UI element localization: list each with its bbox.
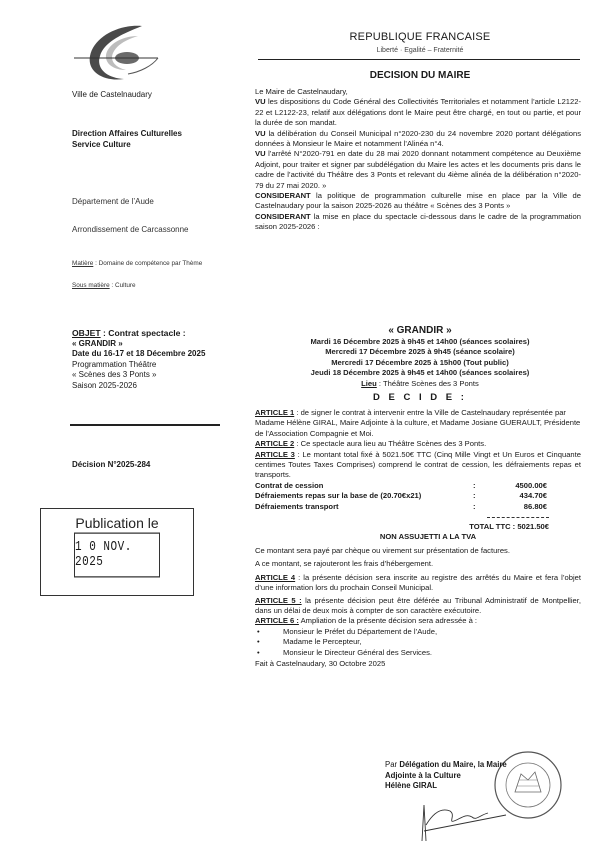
article-4: ARTICLE 4 : la présente décision sera in… xyxy=(255,573,581,594)
direction-name: Direction Affaires Culturelles xyxy=(72,128,182,139)
publication-stamp: Publication le 1 0 NOV. 2025 xyxy=(40,508,194,596)
header-divider xyxy=(258,59,580,60)
show-date: Mardi 16 Décembre 2025 à 9h45 et 14h00 (… xyxy=(255,337,585,347)
objet-label: OBJET xyxy=(72,328,101,338)
sous-matiere: Sous matière : Culture xyxy=(72,282,136,291)
article-6: ARTICLE 6 : Ampliation de la présente dé… xyxy=(255,616,581,626)
objet-divider xyxy=(70,424,220,426)
publication-stamp-title: Publication le xyxy=(41,515,193,531)
signature-line-1: Par Délégation du Maire, la Maire xyxy=(385,760,507,771)
matiere-label: Matière xyxy=(72,260,93,267)
signatory-name: Hélène GIRAL xyxy=(385,781,507,792)
decide-heading: D E C I D E : xyxy=(255,392,585,403)
matiere: Matière : Domaine de compétence par Thèm… xyxy=(72,260,222,269)
direction-block: Direction Affaires Culturelles Service C… xyxy=(72,128,182,150)
objet-line1: : Contrat spectacle : xyxy=(101,328,186,338)
recipient-item: Monsieur le Préfet du Département de l’A… xyxy=(255,627,581,638)
article-5: ARTICLE 5 : la présente décision peut êt… xyxy=(255,596,581,617)
objet-line3: Date du 16-17 et 18 Décembre 2025 xyxy=(72,349,222,360)
department: Département de l’Aude xyxy=(72,197,154,206)
objet-line2: « GRANDIR » xyxy=(72,339,222,350)
recipient-item: Madame le Percepteur, xyxy=(255,637,581,648)
handwritten-signature-icon xyxy=(410,785,520,842)
show-date: Mercredi 17 Décembre 2025 à 9h45 (séance… xyxy=(255,347,585,357)
republic-heading: REPUBLIQUE FRANCAISE xyxy=(255,31,585,43)
show-block: « GRANDIR » Mardi 16 Décembre 2025 à 9h4… xyxy=(255,325,585,389)
cost-row: Contrat de cession : 4500.00€ xyxy=(255,481,581,491)
vu-paragraph-1: VU les dispositions du Code Général des … xyxy=(255,97,581,128)
article-2: ARTICLE 2 : Ce spectacle aura lieu au Th… xyxy=(255,439,581,449)
show-date: Jeudi 18 Décembre 2025 à 9h45 et 14h00 (… xyxy=(255,368,585,378)
objet-line5: « Scènes des 3 Ponts » xyxy=(72,370,222,381)
cost-row: Défraiements repas sur la base de (20.70… xyxy=(255,491,581,501)
signature-line-2: Adjointe à la Culture xyxy=(385,771,507,782)
total-separator xyxy=(487,512,549,518)
considerant-paragraph-2: CONSIDERANT la mise en place du spectacl… xyxy=(255,212,581,233)
done-at: Fait à Castelnaudary, 30 Octobre 2025 xyxy=(255,659,581,669)
article-3: ARTICLE 3 : Le montant total fixé à 5021… xyxy=(255,450,581,481)
sous-matiere-value: : Culture xyxy=(110,282,136,289)
considerant-paragraph-1: CONSIDERANT la politique de programmatio… xyxy=(255,191,581,212)
city-name: Ville de Castelnaudary xyxy=(72,90,152,99)
tva-notice: NON ASSUJETTI A LA TVA xyxy=(275,532,581,542)
city-logo-icon xyxy=(72,22,164,84)
publication-stamp-date: 1 0 NOV. 2025 xyxy=(74,533,160,578)
service-name: Service Culture xyxy=(72,139,182,150)
decision-number: Décision N°2025-284 xyxy=(72,460,150,469)
republic-motto: Liberté · Egalité – Fraternité xyxy=(255,47,585,54)
sous-matiere-label: Sous matière xyxy=(72,282,110,289)
payment-note: Ce montant sera payé par chèque ou virem… xyxy=(255,546,581,556)
document-title: DECISION DU MAIRE xyxy=(255,70,585,81)
cost-row: Défraiements transport : 86.80€ xyxy=(255,502,581,512)
objet-block: OBJET : Contrat spectacle : « GRANDIR » … xyxy=(72,328,222,391)
objet-line6: Saison 2025-2026 xyxy=(72,381,222,392)
show-title: « GRANDIR » xyxy=(255,325,585,337)
cost-table: Contrat de cession : 4500.00€ Défraiemen… xyxy=(255,481,581,543)
preamble-intro: Le Maire de Castelnaudary, xyxy=(255,87,581,97)
article-1: ARTICLE 1 : de signer le contrat à inter… xyxy=(255,408,581,439)
show-venue: Lieu : Théâtre Scènes des 3 Ponts xyxy=(255,379,585,389)
matiere-value: : Domaine de compétence par Thème xyxy=(93,260,202,267)
show-date: Mercredi 17 Décembre 2025 à 15h00 (Tout … xyxy=(255,358,585,368)
total-ttc: TOTAL TTC : 5021.50€ xyxy=(255,522,549,532)
articles: ARTICLE 1 : de signer le contrat à inter… xyxy=(255,408,581,669)
vu-paragraph-2: VU la délibération du Conseil Municipal … xyxy=(255,129,581,150)
preamble: Le Maire de Castelnaudary, VU les dispos… xyxy=(255,87,581,233)
signature-block: Par Délégation du Maire, la Maire Adjoin… xyxy=(385,760,507,792)
recipient-list: Monsieur le Préfet du Département de l’A… xyxy=(255,627,581,659)
objet-line4: Programmation Théâtre xyxy=(72,360,222,371)
vu-paragraph-3: VU l’arrêté N°2020-791 en date du 28 mai… xyxy=(255,149,581,191)
arrondissement: Arrondissement de Carcassonne xyxy=(72,225,189,234)
lodging-note: A ce montant, se rajouteront les frais d… xyxy=(255,559,581,569)
recipient-item: Monsieur le Directeur Général des Servic… xyxy=(255,648,581,659)
